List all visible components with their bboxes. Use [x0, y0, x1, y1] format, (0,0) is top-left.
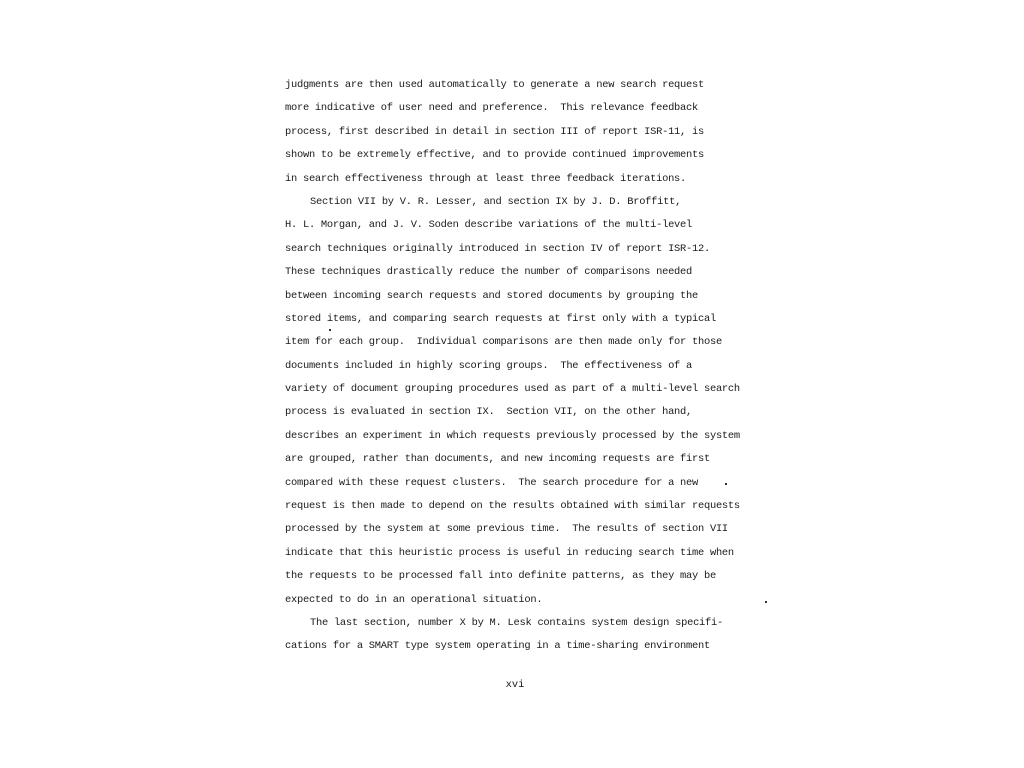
text-line: expected to do in an operational situati…: [285, 591, 725, 614]
text-line: judgments are then used automatically to…: [285, 76, 725, 99]
document-page: judgments are then used automatically to…: [0, 0, 1024, 768]
text-line: request is then made to depend on the re…: [285, 497, 725, 520]
scan-speck: [725, 483, 727, 485]
text-line: These techniques drastically reduce the …: [285, 263, 725, 286]
text-line: processed by the system at some previous…: [285, 520, 725, 543]
text-line: shown to be extremely effective, and to …: [285, 146, 725, 169]
text-line: describes an experiment in which request…: [285, 427, 725, 450]
text-line: the requests to be processed fall into d…: [285, 567, 725, 590]
text-line: compared with these request clusters. Th…: [285, 474, 725, 497]
text-line: process is evaluated in section IX. Sect…: [285, 403, 725, 426]
text-line: The last section, number X by M. Lesk co…: [285, 614, 725, 637]
text-line: stored items, and comparing search reque…: [285, 310, 725, 333]
text-line: search techniques originally introduced …: [285, 240, 725, 263]
text-line: Section VII by V. R. Lesser, and section…: [285, 193, 725, 216]
text-line: item for each group. Individual comparis…: [285, 333, 725, 356]
text-line: cations for a SMART type system operatin…: [285, 637, 725, 660]
text-line: H. L. Morgan, and J. V. Soden describe v…: [285, 216, 725, 239]
body-text: judgments are then used automatically to…: [285, 76, 725, 661]
text-line: are grouped, rather than documents, and …: [285, 450, 725, 473]
text-line: between incoming search requests and sto…: [285, 287, 725, 310]
text-line: indicate that this heuristic process is …: [285, 544, 725, 567]
text-line: process, first described in detail in se…: [285, 123, 725, 146]
text-line: variety of document grouping procedures …: [285, 380, 725, 403]
text-line: in search effectiveness through at least…: [285, 170, 725, 193]
scan-speck: [329, 329, 331, 331]
text-line: more indicative of user need and prefere…: [285, 99, 725, 122]
text-line: documents included in highly scoring gro…: [285, 357, 725, 380]
scan-speck: [765, 601, 767, 603]
page-number: xvi: [500, 679, 530, 691]
